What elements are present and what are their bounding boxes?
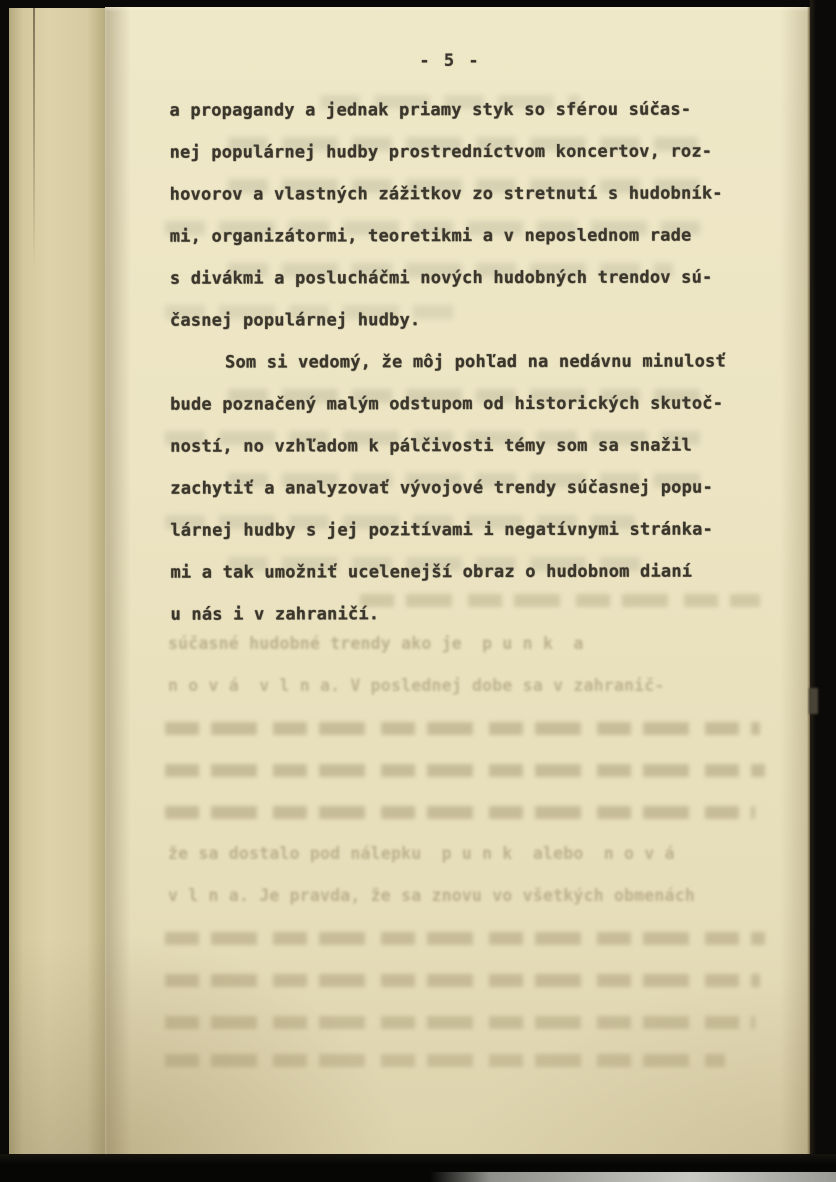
scanned-book-photo: { "document": { "kind": "typewritten sca… bbox=[0, 0, 836, 1182]
scanner-bed-sliver bbox=[430, 1172, 836, 1182]
ghost-smudge-line bbox=[165, 1016, 755, 1029]
scan-edge-notch bbox=[809, 688, 818, 714]
ghost-text-line: že sa dostalo pod nálepku p u n k alebo … bbox=[168, 844, 768, 864]
ink-smudge bbox=[165, 221, 700, 235]
page-crease bbox=[33, 8, 35, 268]
ghost-smudge-line bbox=[165, 1054, 725, 1067]
ghost-smudge-line bbox=[165, 806, 755, 819]
typed-line: Som si vedomý, že môj pohľad na nedávnu … bbox=[170, 340, 810, 383]
scan-border-left bbox=[0, 0, 9, 1182]
ink-smudge bbox=[228, 263, 673, 277]
scan-border-right bbox=[810, 0, 836, 1182]
ink-smudge bbox=[165, 515, 635, 529]
ink-smudge bbox=[228, 389, 700, 403]
ghost-smudge-line bbox=[165, 764, 765, 777]
ink-smudge bbox=[228, 179, 700, 193]
ghost-text-line: súčasné hudobné trendy ako je p u n k a bbox=[168, 634, 738, 654]
ink-smudge bbox=[228, 473, 700, 487]
ghost-smudge-line bbox=[165, 722, 760, 735]
ink-smudge bbox=[228, 557, 648, 571]
ink-smudge bbox=[165, 305, 465, 319]
ink-smudge bbox=[228, 137, 698, 151]
ink-smudge bbox=[320, 95, 580, 109]
ghost-smudge-line bbox=[165, 932, 765, 945]
ghost-text-line: v l n a. Je pravda, že sa znovu vo všetk… bbox=[168, 886, 773, 906]
book-page-edge bbox=[9, 8, 105, 1158]
document-page: - 5 - a propagandy a jednak priamy styk … bbox=[105, 7, 810, 1157]
page-edge-shadow bbox=[9, 938, 105, 1158]
ghost-smudge-line bbox=[165, 974, 760, 987]
ghost-text-line: n o v á v l n a. V poslednej dobe sa v z… bbox=[168, 676, 758, 696]
ghost-smudge-line bbox=[360, 594, 760, 607]
typed-text-block: a propagandy a jednak priamy styk so sfé… bbox=[169, 88, 810, 635]
page-number: - 5 - bbox=[170, 51, 730, 71]
ink-smudge bbox=[165, 431, 700, 445]
